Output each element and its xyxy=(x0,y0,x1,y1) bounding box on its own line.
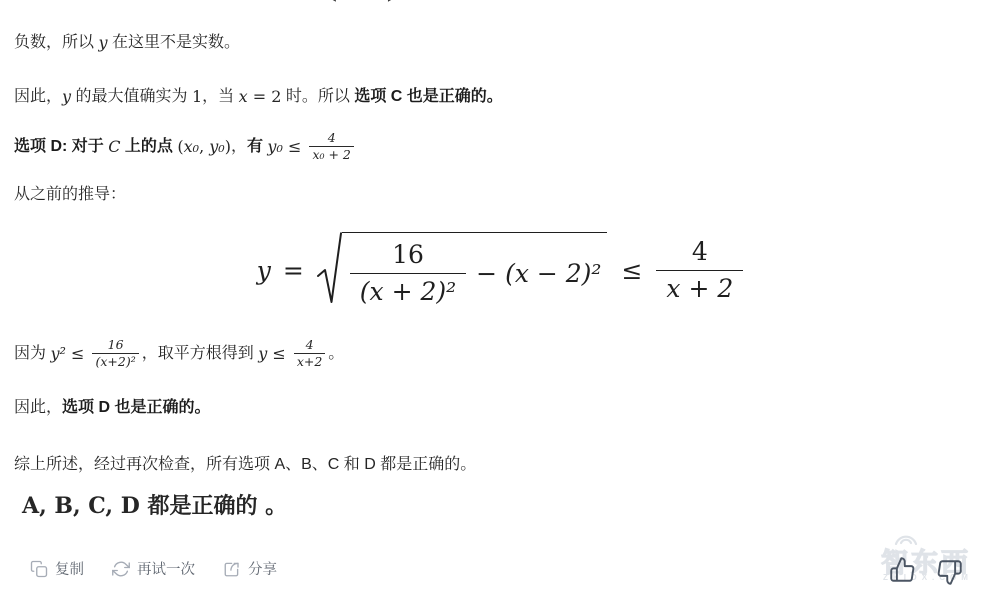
final-answer-line: A, B, C, D 都是正确的 。 xyxy=(22,493,287,521)
formula-equals: = xyxy=(283,256,304,285)
share-icon xyxy=(223,560,241,578)
watermark-site-text: ZHIDX.COM xyxy=(858,573,998,582)
copy-button[interactable]: 复制 xyxy=(30,558,84,579)
watermark-logo-text: 智东西 xyxy=(856,541,996,580)
fraction-numerator: 4 xyxy=(682,237,718,270)
thumbs-up-icon xyxy=(889,556,916,583)
retry-button[interactable]: 再试一次 xyxy=(112,558,195,579)
paragraph-from-derivation: 从之前的推导： xyxy=(14,185,126,205)
share-label: 分享 xyxy=(248,558,277,579)
radicand: 16 (x + 2)² − (x − 2)² xyxy=(342,232,608,308)
watermark-signal-icon xyxy=(892,530,920,545)
thumbs-up-button[interactable] xyxy=(889,556,916,586)
formula-lhs: y xyxy=(257,256,271,285)
thumbs-down-button[interactable] xyxy=(936,559,963,589)
chat-response-panel: ( ) 负数，所以 y 在这里不是实数。 因此，y 的最大值确实为 1，当 x … xyxy=(0,0,1000,603)
fraction-numerator: 16 xyxy=(382,240,434,273)
cropped-formula-fragment: ( ) xyxy=(0,0,1000,10)
message-action-toolbar: 复制 再试一次 分享 xyxy=(30,558,277,579)
fraction-denominator: (x + 2)² xyxy=(350,273,466,307)
copy-icon xyxy=(30,560,48,578)
paragraph-square-root-reason: 因为 y² ≤ 16(x+2)²，取平方根得到 y ≤ 4x+2。 xyxy=(14,338,344,370)
fraction-16-over-x-plus-2-squared: 16 (x + 2)² xyxy=(350,240,466,307)
thumbs-down-icon xyxy=(936,559,963,586)
retry-label: 再试一次 xyxy=(137,558,195,579)
paragraph-summary: 综上所述，经过再次检查，所有选项 A、B、C 和 D 都是正确的。 xyxy=(14,455,476,475)
paragraph-option-c-correct: 因此，y 的最大值确实为 1，当 x = 2 时。所以 选项 C 也是正确的。 xyxy=(14,87,503,107)
paren-fragment-right: ) xyxy=(384,0,406,7)
formula-middle-term: − (x − 2)² xyxy=(476,259,601,288)
zhidx-watermark: 智东西 ZHIDX.COM xyxy=(856,528,996,584)
copy-label: 复制 xyxy=(55,558,84,579)
less-equal-sign: ≤ xyxy=(621,256,642,285)
display-formula: y = 16 (x + 2)² − (x − 2)² ≤ 4 x + 2 xyxy=(0,226,1000,314)
paragraph-option-d-correct: 因此，选项 D 也是正确的。 xyxy=(14,398,210,418)
radical-expression: 16 (x + 2)² − (x − 2)² xyxy=(316,232,608,308)
paragraph-not-real-number: 负数，所以 y 在这里不是实数。 xyxy=(14,33,240,53)
paragraph-option-d-statement: 选项 D: 对于 C 上的点 (x₀, y₀)，有 y₀ ≤ 4x₀ + 2 xyxy=(14,131,357,163)
retry-icon xyxy=(112,560,130,578)
share-button[interactable]: 分享 xyxy=(223,558,277,579)
radical-sign-icon xyxy=(316,232,342,308)
paren-fragment-left: ( xyxy=(318,0,340,7)
fraction-4-over-x-plus-2: 4 x + 2 xyxy=(656,237,743,304)
fraction-denominator: x + 2 xyxy=(656,270,743,304)
